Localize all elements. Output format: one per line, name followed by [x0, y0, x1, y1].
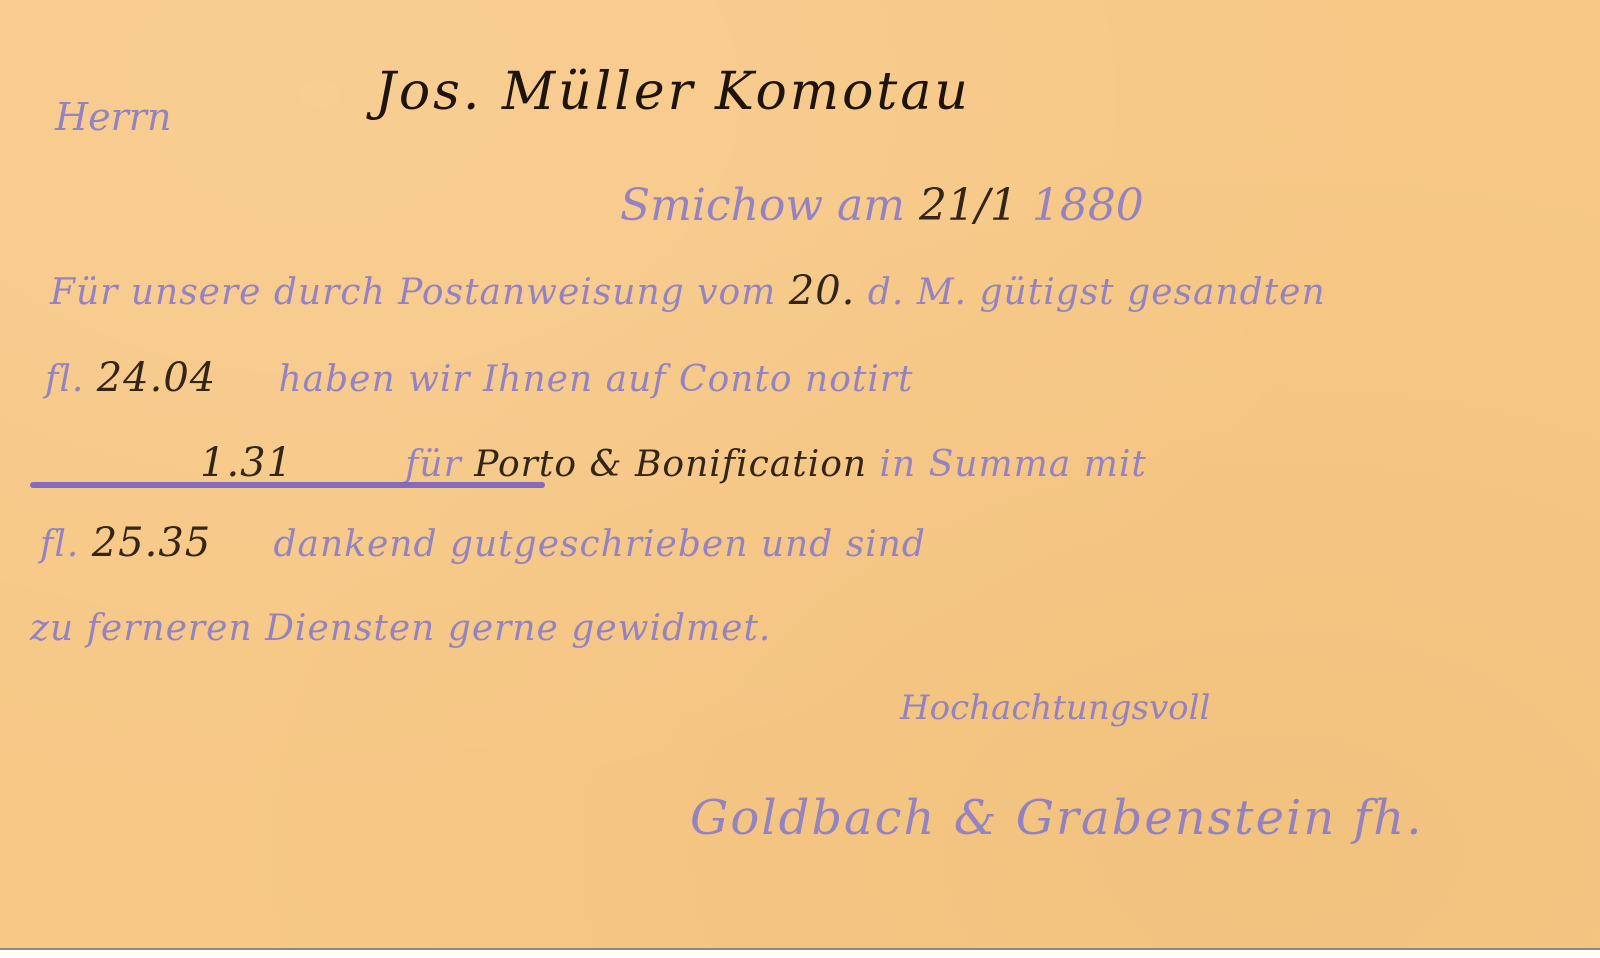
body-text: für — [405, 444, 462, 485]
amount: 1.31 — [200, 440, 293, 486]
amount: 24.04 — [97, 355, 217, 401]
addressee-prefix: Herrn — [55, 95, 171, 139]
body-text: haben wir Ihnen auf Conto notirt — [278, 359, 913, 400]
year: 1880 — [1032, 180, 1144, 231]
addressee-name: Jos. Müller Komotau — [375, 62, 971, 122]
body-text: d. M. gütigst gesandten — [868, 272, 1326, 313]
closing: Hochachtungsvoll — [900, 688, 1210, 728]
currency-label: fl. — [45, 359, 84, 400]
currency-label: fl. — [40, 524, 79, 565]
amount: 20. — [789, 268, 856, 314]
body-line-3: 1.31 für Porto & Bonification in Summa m… — [200, 440, 1147, 486]
body-line-5: zu ferneren Diensten gerne gewidmet. — [30, 608, 771, 649]
postcard: Herrn Jos. Müller Komotau Smichow am 21/… — [0, 0, 1600, 950]
signature: Goldbach & Grabenstein fh. — [690, 790, 1423, 846]
body-line-4: fl. 25.35 dankend gutgeschrieben und sin… — [40, 520, 926, 566]
body-text: in Summa mit — [880, 444, 1147, 485]
body-text: dankend gutgeschrieben und sind — [273, 524, 925, 565]
sum-underline — [30, 482, 545, 488]
amount: 25.35 — [92, 520, 212, 566]
day-month: 21/1 — [919, 180, 1018, 231]
body-text: Für unsere durch Postanweisung vom — [50, 272, 776, 313]
body-line-2: fl. 24.04 haben wir Ihnen auf Conto noti… — [45, 355, 914, 401]
body-text-black: Porto & Bonification — [474, 444, 867, 485]
place-and-date: Smichow am 21/1 1880 — [620, 180, 1144, 231]
body-line-1: Für unsere durch Postanweisung vom 20. d… — [50, 268, 1326, 314]
place: Smichow am — [620, 180, 905, 231]
